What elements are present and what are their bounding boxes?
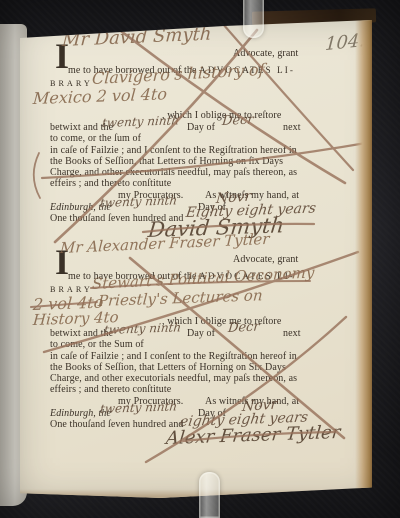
printed-line: in caſe of Failzie ; and I conſent to th…	[50, 352, 297, 362]
photographed-register-page: 104. I Mr David Smyth Advocate, grant me…	[0, 0, 400, 518]
printed-line: the Books of Seſſion, that Letters of Ho…	[50, 157, 283, 167]
book-title-handwritten: Mexico 2 vol 4to	[32, 86, 167, 107]
printed-line: to come, or the Sum of	[50, 340, 144, 350]
return-month-handwritten: Decr	[227, 320, 260, 335]
borrowing-entry-smyth: I Mr David Smyth Advocate, grant me to h…	[20, 34, 372, 240]
printed-line: effeirs ; and thereto conſtitute	[50, 385, 171, 395]
signed-day-handwritten: twenty ninth	[99, 194, 177, 209]
return-month-handwritten: Decr	[221, 113, 254, 128]
printed-line: next	[283, 123, 301, 133]
printed-line: Charge, and other executorials needful, …	[50, 168, 297, 178]
book-title-handwritten: Priestly's Lectures on	[97, 288, 263, 309]
printed-line: in caſe of Failzie ; and I conſent to th…	[50, 146, 297, 156]
register-page: 104. I Mr David Smyth Advocate, grant me…	[20, 20, 372, 498]
printed-line: next	[283, 329, 301, 339]
printed-line: One thouſand ſeven hundred and	[50, 420, 184, 430]
printed-line: effeirs ; and thereto conſtitute	[50, 179, 171, 189]
borrowing-entry-tytler: I Mr Alexander Fraser Tytler Advocate, g…	[20, 240, 372, 446]
printed-line: to come, or the ſum of	[50, 134, 141, 144]
return-day-handwritten: twenty ninth	[103, 321, 181, 336]
printed-line: Day of	[187, 123, 215, 133]
return-day-handwritten: twenty ninth	[101, 114, 179, 129]
printed-line: the Books of Seſſion, that Letters of Ho…	[50, 363, 286, 373]
printed-line: Advocate, grant	[233, 49, 298, 59]
book-restraint-strap-top	[243, 0, 264, 38]
printed-line: Advocate, grant	[233, 255, 298, 265]
signed-day-handwritten: twenty ninth	[99, 400, 177, 415]
printed-line: Day of	[187, 329, 215, 339]
book-restraint-strap-bottom	[199, 472, 220, 518]
printed-line: Charge, and other executorials needful, …	[50, 374, 297, 384]
signature-handwritten: Alexr Fraser Tytler	[165, 424, 341, 448]
